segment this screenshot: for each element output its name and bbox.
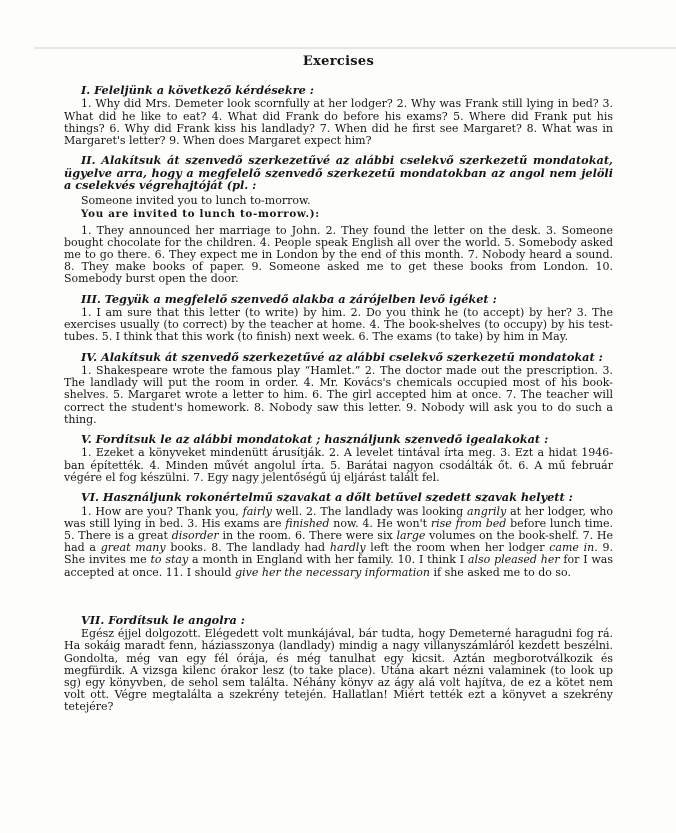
exercise-6-heading: VI. Használjunk rokonértelmű szavakat a … <box>64 491 613 503</box>
exercise-4-heading: IV. Alakítsuk át szenvedő szerkezetűvé a… <box>64 351 613 363</box>
exercise-7-paragraph: Egész éjjel dolgozott. Elégedett volt mu… <box>64 628 613 713</box>
exercise-5-heading: V. Fordítsuk le az alábbi mondatokat ; h… <box>64 433 613 445</box>
exercise-2-example-active: Someone invited you to lunch to-morrow. <box>81 195 613 208</box>
exercise-1-heading: I. Feleljünk a következő kérdésekre : <box>64 84 613 96</box>
exercise-2-heading: II. Alakítsuk át szenvedő szerkezetűvé a… <box>64 154 613 191</box>
section-exercise-1: I. Feleljünk a következő kérdésekre : 1.… <box>64 84 613 147</box>
page-content: Exercises I. Feleljünk a következő kérdé… <box>64 54 613 714</box>
exercise-2-example-passive: You are invited to lunch to-morrow.): <box>81 208 613 221</box>
exercise-4-paragraph: 1. Shakespeare wrote the famous play “Ha… <box>64 365 613 426</box>
page-title: Exercises <box>64 54 613 69</box>
section-exercise-5: V. Fordítsuk le az alábbi mondatokat ; h… <box>64 433 613 484</box>
section-exercise-6: VI. Használjunk rokonértelmű szavakat a … <box>64 491 613 579</box>
exercise-7-heading: VII. Fordítsuk le angolra : <box>64 614 613 626</box>
section-exercise-2: II. Alakítsuk át szenvedő szerkezetűvé a… <box>64 154 613 285</box>
exercise-6-paragraph: 1. How are you? Thank you, fairly well. … <box>64 506 613 579</box>
page-top-scan-line <box>34 47 676 49</box>
section-exercise-4: IV. Alakítsuk át szenvedő szerkezetűvé a… <box>64 351 613 426</box>
exercise-2-paragraph: 1. They announced her marriage to John. … <box>64 225 613 286</box>
exercise-3-paragraph: 1. I am sure that this letter (to write)… <box>64 307 613 344</box>
exercise-3-heading: III. Tegyük a megfelelő szenvedő alakba … <box>64 293 613 305</box>
section-exercise-7: VII. Fordítsuk le angolra : Egész éjjel … <box>64 614 613 714</box>
section-exercise-3: III. Tegyük a megfelelő szenvedő alakba … <box>64 293 613 344</box>
scanned-book-page: Exercises I. Feleljünk a következő kérdé… <box>0 0 676 833</box>
exercise-5-paragraph: 1. Ezeket a könyveket mindenütt árusítjá… <box>64 447 613 484</box>
exercise-2-example-block: Someone invited you to lunch to-morrow. … <box>64 195 613 220</box>
exercise-1-paragraph: 1. Why did Mrs. Demeter look scornfully … <box>64 98 613 147</box>
